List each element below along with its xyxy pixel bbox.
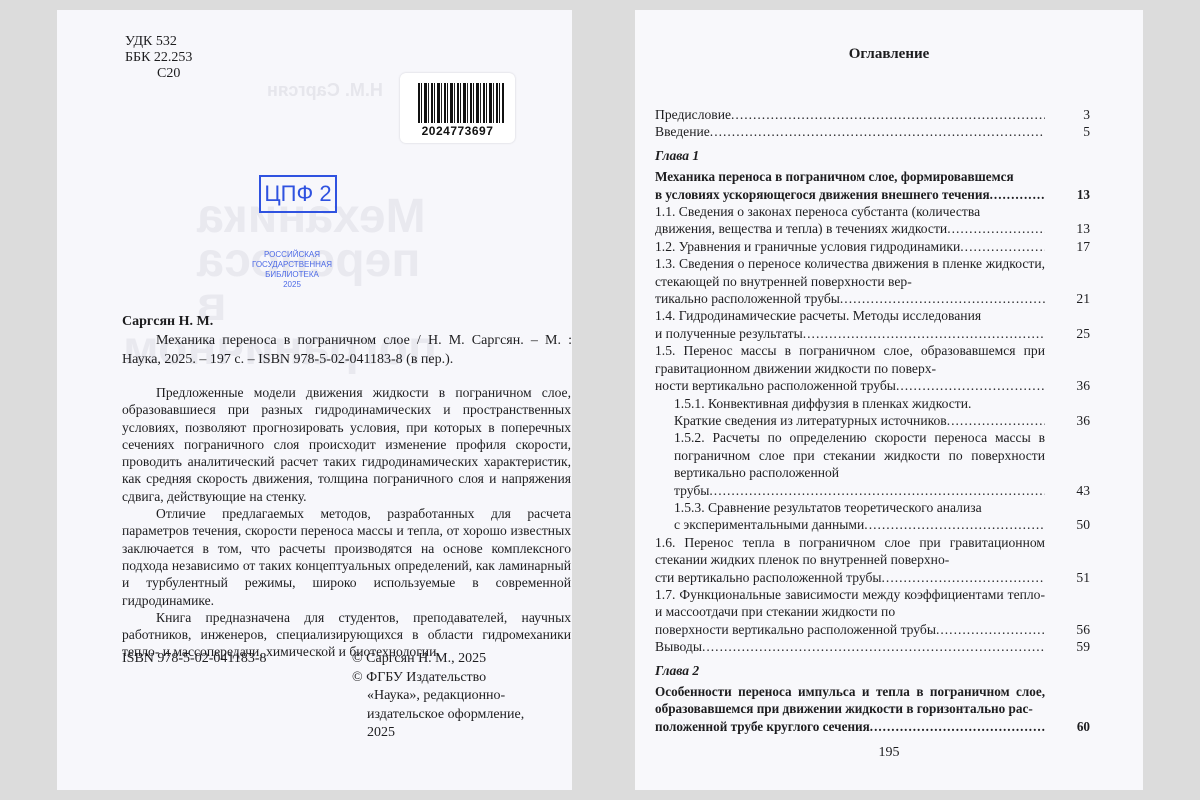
toc-page-number: 13 bbox=[1076, 220, 1090, 237]
dot-leader: ........................................… bbox=[896, 377, 1045, 394]
dot-leader: ........................................… bbox=[870, 718, 1045, 735]
toc-entry[interactable]: 1.4. Гидродинамические расчеты. Методы и… bbox=[655, 307, 1090, 342]
library-stamp-line: 2025 bbox=[242, 280, 342, 290]
toc-entry[interactable]: Особенности переноса импульса и тепла в … bbox=[655, 683, 1090, 735]
chapter-label: Глава 2 bbox=[655, 662, 1090, 679]
barcode-number: 2024773697 bbox=[400, 124, 515, 138]
toc-entry[interactable]: 1.2. Уравнения и граничные условия гидро… bbox=[655, 238, 1090, 255]
toc-title: Оглавление bbox=[635, 46, 1143, 63]
library-stamp-line: БИБЛИОТЕКА bbox=[242, 270, 342, 280]
toc-entry[interactable]: 1.6. Перенос тепла в пограничном слое пр… bbox=[655, 534, 1090, 586]
toc-entry-text: Механика переноса в пограничном слое, фо… bbox=[655, 168, 1090, 185]
toc-entry-last-line: 1.2. Уравнения и граничные условия гидро… bbox=[655, 238, 1090, 255]
left-page: Н.М. Саргсян Механика переноса в пограни… bbox=[57, 10, 572, 790]
dot-leader: ........................................… bbox=[960, 238, 1045, 255]
toc-page-number: 56 bbox=[1076, 621, 1090, 638]
toc-entry-text: Предисловие bbox=[655, 106, 731, 123]
barcode-icon bbox=[418, 83, 504, 123]
toc-entry-text: поверхности вертикально расположенной тр… bbox=[655, 621, 936, 638]
toc-entry[interactable]: Предисловие.............................… bbox=[655, 106, 1090, 123]
toc-entry-text: 1.5.2. Расчеты по определению скорости п… bbox=[674, 429, 1090, 481]
chapter-label: Глава 1 bbox=[655, 147, 1090, 164]
show-through-author: Н.М. Саргсян bbox=[267, 80, 383, 101]
toc-entry[interactable]: Механика переноса в пограничном слое, фо… bbox=[655, 168, 1090, 203]
toc-page-number: 60 bbox=[1077, 718, 1090, 735]
toc-entry-last-line: и полученные результаты.................… bbox=[655, 325, 1090, 342]
dot-leader: ........................................… bbox=[882, 569, 1045, 586]
dot-leader: ........................................… bbox=[840, 290, 1045, 307]
toc-entry-last-line: положенной трубе круглого сечения.......… bbox=[655, 718, 1090, 735]
right-page: Оглавление Предисловие..................… bbox=[635, 10, 1143, 790]
dot-leader: ........................................… bbox=[710, 123, 1045, 140]
library-stamp-line: РОССИЙСКАЯ bbox=[242, 250, 342, 260]
toc-entry-last-line: Введение................................… bbox=[655, 123, 1090, 140]
dot-leader: ........................................… bbox=[803, 325, 1045, 342]
dot-leader: ........................................… bbox=[947, 412, 1045, 429]
table-of-contents: Предисловие.............................… bbox=[655, 106, 1090, 735]
barcode-label: 2024773697 bbox=[400, 73, 515, 143]
bibliographic-record: Саргсян Н. М. Механика переноса в погран… bbox=[122, 312, 572, 369]
toc-page-number: 50 bbox=[1076, 516, 1090, 533]
dot-leader: ........................................… bbox=[936, 621, 1045, 638]
toc-entry-last-line: тикально расположенной трубы............… bbox=[655, 290, 1090, 307]
toc-entry-last-line: с экспериментальными данными............… bbox=[674, 516, 1090, 533]
toc-page-number: 5 bbox=[1083, 123, 1090, 140]
bbk-code: ББК 22.253 bbox=[125, 50, 192, 66]
toc-page-number: 21 bbox=[1076, 290, 1090, 307]
toc-entry[interactable]: 1.3. Сведения о переносе количества движ… bbox=[655, 255, 1090, 307]
cpf-stamp: ЦПФ 2 bbox=[259, 175, 337, 213]
toc-entry-text: трубы bbox=[674, 482, 709, 499]
toc-entry-text: 1.1. Сведения о законах переноса субстан… bbox=[655, 203, 1090, 220]
toc-page-number: 36 bbox=[1076, 412, 1090, 429]
toc-page-number: 36 bbox=[1076, 377, 1090, 394]
copyright-line: © Саргсян Н. М., 2025 bbox=[352, 650, 524, 669]
toc-entry-last-line: ности вертикально расположенной трубы...… bbox=[655, 377, 1090, 394]
toc-entry-text: 1.4. Гидродинамические расчеты. Методы и… bbox=[655, 307, 1090, 324]
toc-entry-text: 1.7. Функциональные зависимости между ко… bbox=[655, 586, 1090, 621]
toc-entry[interactable]: 1.5.3. Сравнение результатов теоретическ… bbox=[655, 499, 1090, 534]
annotation: Предложенные модели движения жидкости в … bbox=[122, 384, 571, 661]
toc-page-number: 25 bbox=[1076, 325, 1090, 342]
dot-leader: ........................................… bbox=[947, 220, 1045, 237]
copyright-line: © ФГБУ Издательство bbox=[352, 669, 524, 688]
dot-leader: ........................................… bbox=[864, 516, 1045, 533]
dot-leader: ........................................… bbox=[709, 482, 1045, 499]
author-mark: С20 bbox=[125, 66, 192, 82]
toc-page-number: 43 bbox=[1076, 482, 1090, 499]
toc-entry-text: ности вертикально расположенной трубы bbox=[655, 377, 896, 394]
toc-entry-last-line: движения, вещества и тепла) в течениях ж… bbox=[655, 220, 1090, 237]
toc-entry-text: и полученные результаты bbox=[655, 325, 803, 342]
toc-entry-last-line: Предисловие.............................… bbox=[655, 106, 1090, 123]
copyright-line: 2025 bbox=[352, 724, 524, 743]
record-text: Механика переноса в пограничном слое / Н… bbox=[122, 331, 572, 369]
library-stamp-line: ГОСУДАРСТВЕННАЯ bbox=[242, 260, 342, 270]
toc-entry-last-line: Выводы..................................… bbox=[655, 638, 1090, 655]
toc-entry-text: 1.5.1. Конвективная диффузия в пленках ж… bbox=[674, 395, 1090, 412]
toc-page-number: 13 bbox=[1077, 186, 1090, 203]
dot-leader: ........................................… bbox=[731, 106, 1045, 123]
copyright-line: «Наука», редакционно- bbox=[352, 687, 524, 706]
annotation-paragraph: Отличие предлагаемых методов, разработан… bbox=[122, 505, 571, 609]
toc-entry-text: Выводы bbox=[655, 638, 702, 655]
toc-entry[interactable]: 1.5.1. Конвективная диффузия в пленках ж… bbox=[655, 395, 1090, 430]
toc-entry-last-line: поверхности вертикально расположенной тр… bbox=[655, 621, 1090, 638]
toc-page-number: 59 bbox=[1076, 638, 1090, 655]
classification-codes: УДК 532 ББК 22.253 С20 bbox=[125, 34, 192, 82]
author-name: Саргсян Н. М. bbox=[122, 312, 572, 331]
toc-entry-text: Введение bbox=[655, 123, 710, 140]
toc-page-number: 17 bbox=[1076, 238, 1090, 255]
copyright-line: издательское оформление, bbox=[352, 706, 524, 725]
toc-entry-text: 1.3. Сведения о переносе количества движ… bbox=[655, 255, 1090, 290]
toc-entry[interactable]: 1.7. Функциональные зависимости между ко… bbox=[655, 586, 1090, 638]
toc-entry[interactable]: Выводы..................................… bbox=[655, 638, 1090, 655]
toc-entry-text: в условиях ускоряющегося движения внешне… bbox=[655, 186, 990, 203]
toc-entry-text: тикально расположенной трубы bbox=[655, 290, 840, 307]
toc-entry-last-line: в условиях ускоряющегося движения внешне… bbox=[655, 186, 1090, 203]
toc-entry[interactable]: 1.1. Сведения о законах переноса субстан… bbox=[655, 203, 1090, 238]
dot-leader: ........................................… bbox=[702, 638, 1045, 655]
toc-entry-text: положенной трубе круглого сечения bbox=[655, 718, 870, 735]
toc-entry[interactable]: 1.5.2. Расчеты по определению скорости п… bbox=[655, 429, 1090, 499]
toc-entry-text: 1.5. Перенос массы в пограничном слое, о… bbox=[655, 342, 1090, 377]
toc-entry-last-line: Краткие сведения из литературных источни… bbox=[674, 412, 1090, 429]
toc-entry-last-line: сти вертикально расположенной трубы.....… bbox=[655, 569, 1090, 586]
toc-entry-text: 1.2. Уравнения и граничные условия гидро… bbox=[655, 238, 960, 255]
toc-entry-text: Особенности переноса импульса и тепла в … bbox=[655, 683, 1090, 718]
page-number: 195 bbox=[635, 745, 1143, 761]
toc-entry[interactable]: 1.5. Перенос массы в пограничном слое, о… bbox=[655, 342, 1090, 394]
toc-page-number: 3 bbox=[1083, 106, 1090, 123]
toc-entry[interactable]: Введение................................… bbox=[655, 123, 1090, 140]
toc-entry-text: Краткие сведения из литературных источни… bbox=[674, 412, 947, 429]
dot-leader: ........................................… bbox=[990, 186, 1045, 203]
annotation-paragraph: Предложенные модели движения жидкости в … bbox=[122, 384, 571, 505]
toc-entry-text: движения, вещества и тепла) в течениях ж… bbox=[655, 220, 947, 237]
copyright-block: © Саргсян Н. М., 2025 © ФГБУ Издательств… bbox=[352, 650, 524, 743]
library-stamp: РОССИЙСКАЯ ГОСУДАРСТВЕННАЯ БИБЛИОТЕКА 20… bbox=[242, 250, 342, 290]
toc-page-number: 51 bbox=[1076, 569, 1090, 586]
toc-entry-last-line: трубы...................................… bbox=[674, 482, 1090, 499]
isbn: ISBN 978-5-02-041183-8 bbox=[122, 650, 267, 668]
toc-entry-text: сти вертикально расположенной трубы bbox=[655, 569, 882, 586]
udc-code: УДК 532 bbox=[125, 34, 192, 50]
toc-entry-text: с экспериментальными данными bbox=[674, 516, 864, 533]
toc-entry-text: 1.6. Перенос тепла в пограничном слое пр… bbox=[655, 534, 1090, 569]
toc-entry-text: 1.5.3. Сравнение результатов теоретическ… bbox=[674, 499, 1090, 516]
